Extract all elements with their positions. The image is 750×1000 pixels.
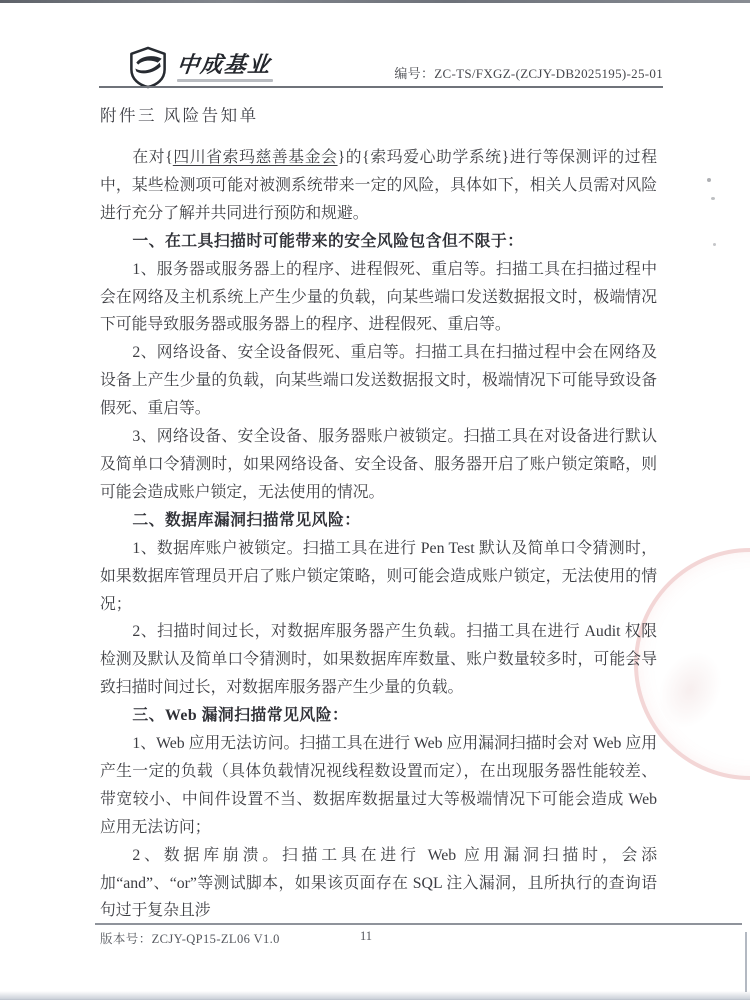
body-paragraph: 1、数据库账户被锁定。扫描工具在进行 Pen Test 默认及简单口令猜测时，如… (100, 535, 657, 619)
footer-version-label: 版本号： (100, 932, 152, 946)
body-paragraph: 1、服务器或服务器上的程序、进程假死、重启等。扫描工具在扫描过程中会在网络及主机… (100, 256, 657, 340)
footer-page-number: 11 (360, 929, 372, 944)
scanned-document-page: { "header": { "logo_text": "中成基业", "doc_… (0, 0, 750, 1000)
header-divider (99, 86, 663, 88)
scan-speck (707, 178, 711, 182)
document-number-value: ZC-TS/FXGZ-(ZCJY-DB2025195)-25-01 (434, 66, 663, 81)
org-name-underlined: 四川省索玛慈善基金会 (173, 149, 338, 166)
footer-version: 版本号：ZCJY-QP15-ZL06 V1.0 (100, 929, 280, 947)
scan-speck (713, 243, 716, 246)
body-paragraph: 2、网络设备、安全设备假死、重启等。扫描工具在扫描过程中会在网络及设备上产生少量… (100, 339, 657, 423)
scan-edge-top (0, 0, 750, 3)
body-paragraph: 2、数据库崩溃。扫描工具在进行 Web 应用漏洞扫描时，会添加“and”、“or… (100, 842, 657, 926)
body-paragraphs: 在对{四川省索玛慈善基金会}的{索玛爱心助学系统}进行等保测评的过程中，某些检测… (100, 144, 657, 925)
intro-pre: 在对{ (132, 149, 172, 166)
section-heading: 二、数据库漏洞扫描常见风险： (100, 507, 657, 535)
body-paragraph: 1、Web 应用无法访问。扫描工具在进行 Web 应用漏洞扫描时会对 Web 应… (100, 730, 657, 842)
footer-version-value: ZCJY-QP15-ZL06 V1.0 (152, 932, 280, 946)
scan-edge-right (745, 932, 747, 992)
document-number-label: 编号： (394, 66, 434, 81)
footer-divider (95, 923, 742, 925)
scan-speck (711, 197, 715, 200)
body-paragraph: 3、网络设备、安全设备、服务器账户被锁定。扫描工具在对设备进行默认及简单口令猜测… (100, 423, 657, 507)
document-number: 编号：ZC-TS/FXGZ-(ZCJY-DB2025195)-25-01 (0, 63, 663, 82)
page-title: 附件三 风险告知单 (100, 102, 259, 126)
section-heading: 一、在工具扫描时可能带来的安全风险包含但不限于： (100, 228, 657, 256)
scan-edge-bottom (0, 991, 750, 1000)
body-paragraph: 2、扫描时间过长，对数据库服务器产生负载。扫描工具在进行 Audit 权限检测及… (100, 618, 657, 702)
section-heading: 三、Web 漏洞扫描常见风险： (100, 702, 657, 730)
intro-paragraph: 在对{四川省索玛慈善基金会}的{索玛爱心助学系统}进行等保测评的过程中，某些检测… (100, 144, 657, 228)
